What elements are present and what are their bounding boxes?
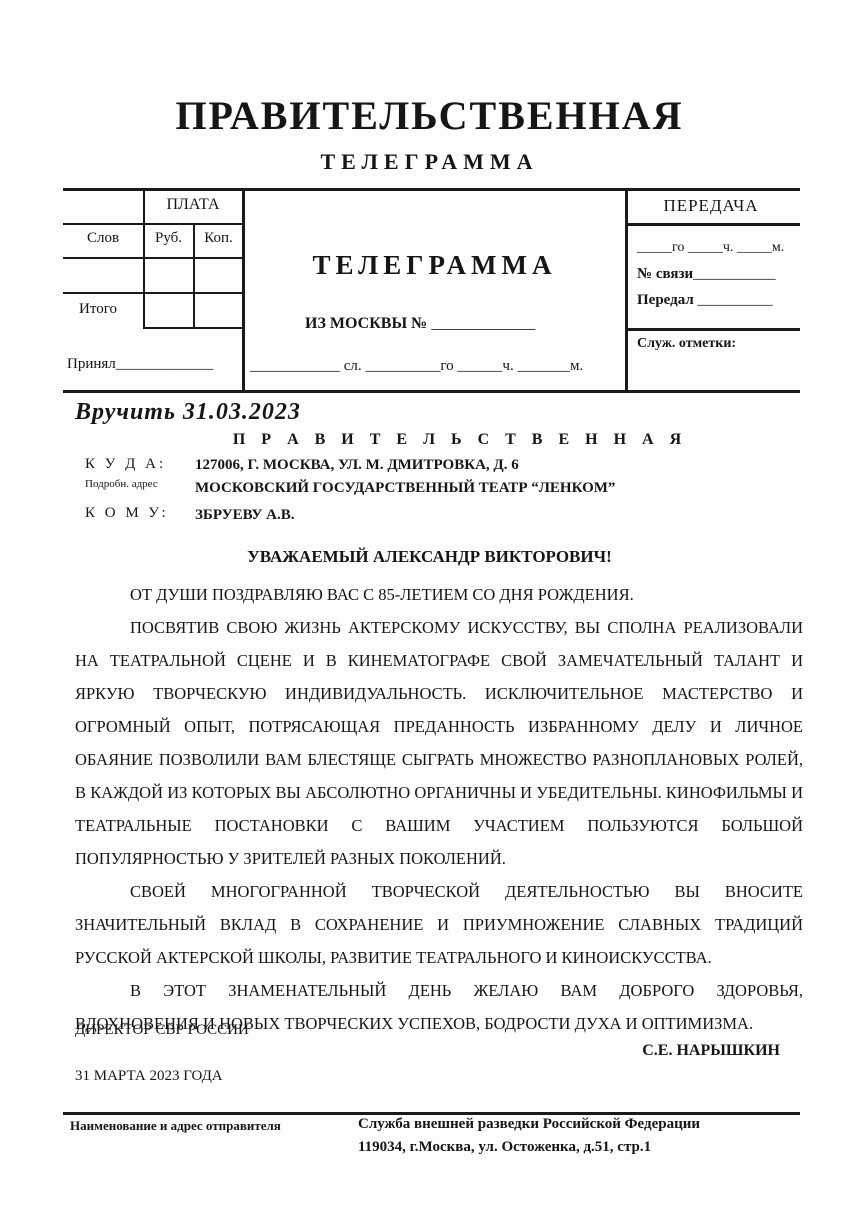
link-number-label: № связи <box>637 266 693 282</box>
payment-box-bottom <box>143 327 245 329</box>
body-paragraph-2: ПОСВЯТИВ СВОЮ ЖИЗНЬ АКТЕРСКОМУ ИСКУССТВУ… <box>75 611 803 875</box>
address-line-1: 127006, Г. МОСКВА, УЛ. М. ДМИТРОВКА, Д. … <box>195 457 519 474</box>
payment-header: ПЛАТА <box>143 196 243 214</box>
transmission-time-line: _____го _____ч. _____м. <box>637 240 784 256</box>
rubles-column-header: Руб. <box>143 230 194 247</box>
letter-date: 31 МАРТА 2023 ГОДА <box>75 1068 223 1085</box>
transmitted-by-row: Передал __________ <box>637 292 773 309</box>
link-number-blank: ___________ <box>693 266 776 282</box>
letter-body: ОТ ДУШИ ПОЗДРАВЛЯЮ ВАС С 85-ЛЕТИЕМ СО ДН… <box>75 578 803 1040</box>
payment-row-line-1 <box>63 223 245 225</box>
to-where-label: К У Д А: <box>85 456 166 473</box>
form-border-top <box>63 188 800 191</box>
transmission-notes-line <box>625 328 800 331</box>
received-by-label: Принял <box>67 356 116 372</box>
page-subtitle: ТЕЛЕГРАММА <box>0 149 859 175</box>
transmitted-by-blank: __________ <box>698 292 773 308</box>
detailed-address-label: Подробн. адрес <box>85 478 158 490</box>
to-whom-label: К О М У: <box>85 505 169 522</box>
form-divider-right <box>625 188 628 393</box>
category-line: П Р А В И Т Е Л Ь С Т В Е Н Н А Я <box>190 431 730 449</box>
address-line-2: МОСКОВСКИЙ ГОСУДАРСТВЕННЫЙ ТЕАТР “ЛЕНКОМ… <box>195 480 615 497</box>
signer-title: ДИРЕКТОР СВР РОССИИ <box>75 1022 249 1039</box>
delivery-note: Вручить 31.03.2023 <box>75 399 301 426</box>
telegram-form: ПЛАТА Слов Руб. Коп. Итого Принял_______… <box>63 188 800 393</box>
footer-divider <box>63 1112 800 1115</box>
origin-label: ИЗ МОСКВЫ № <box>305 315 427 332</box>
link-number-row: № связи___________ <box>637 266 776 283</box>
body-paragraph-1: ОТ ДУШИ ПОЗДРАВЛЯЮ ВАС С 85-ЛЕТИЕМ СО ДН… <box>75 578 803 611</box>
transmitted-by-label: Передал <box>637 292 694 308</box>
transmission-header-line <box>625 223 800 226</box>
form-divider-left <box>242 188 245 393</box>
origin-blank: _____________ <box>431 315 535 332</box>
service-notes-label: Служ. отметки: <box>637 336 736 352</box>
page-title: ПРАВИТЕЛЬСТВЕННАЯ <box>0 92 859 139</box>
body-paragraph-3: СВОЕЙ МНОГОГРАННОЙ ТВОРЧЕСКОЙ ДЕЯТЕЛЬНОС… <box>75 875 803 974</box>
sender-address: 119034, г.Москва, ул. Остоженка, д.51, с… <box>358 1139 651 1156</box>
words-column-header: Слов <box>63 230 143 247</box>
sender-label: Наименование и адрес отправителя <box>70 1118 281 1134</box>
recipient-name: ЗБРУЕВУ А.В. <box>195 507 295 524</box>
transmission-header: ПЕРЕДАЧА <box>625 196 797 216</box>
total-label: Итого <box>79 301 117 318</box>
telegram-form-title: ТЕЛЕГРАММА <box>244 250 625 281</box>
payment-row-line-2 <box>63 257 245 259</box>
sender-name: Служба внешней разведки Российской Федер… <box>358 1116 700 1133</box>
origin-row: ИЗ МОСКВЫ № _____________ <box>305 315 535 333</box>
payment-row-line-3 <box>63 292 245 294</box>
signer-name: С.Е. НАРЫШКИН <box>642 1042 780 1060</box>
form-border-bottom <box>63 390 800 393</box>
received-by-blank: _____________ <box>116 356 214 372</box>
telegram-document: ПРАВИТЕЛЬСТВЕННАЯ ТЕЛЕГРАММА ПЛАТА Слов … <box>0 0 859 1216</box>
service-count-line: ____________ сл. __________го ______ч. _… <box>250 358 625 375</box>
kopecks-column-header: Коп. <box>194 230 243 247</box>
received-by-row: Принял_____________ <box>67 356 213 373</box>
salutation: УВАЖАЕМЫЙ АЛЕКСАНДР ВИКТОРОВИЧ! <box>0 547 859 567</box>
